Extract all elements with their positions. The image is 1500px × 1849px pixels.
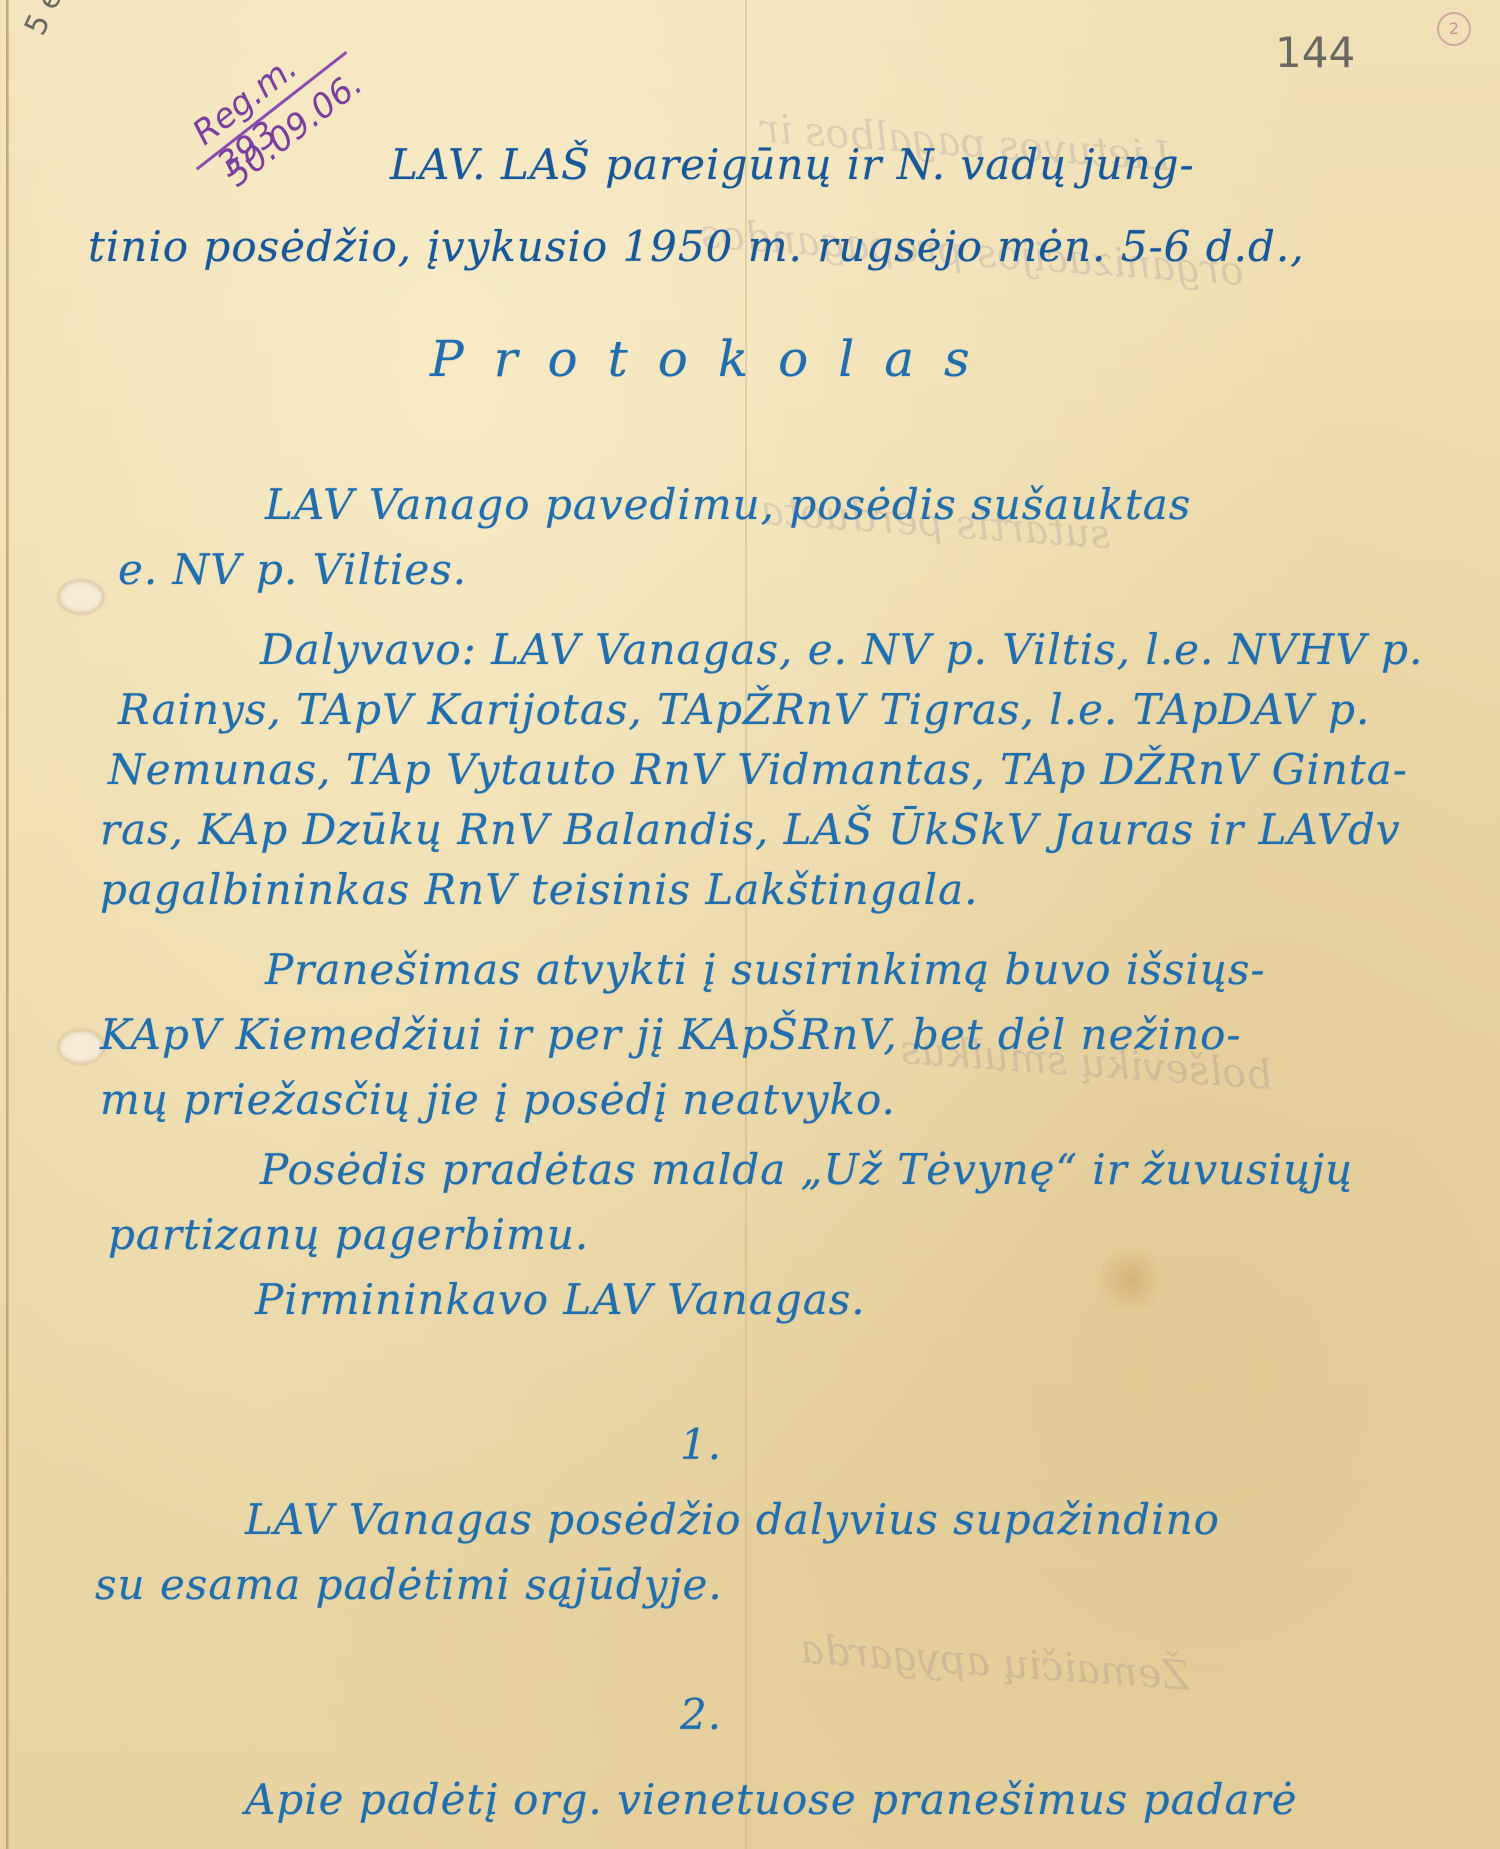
paragraph-3-line-1: Pranešimas atvykti į susirinkimą buvo iš… xyxy=(265,945,1266,994)
bleed-through: Žemaičių apygarda xyxy=(799,1626,1191,1699)
page-fold xyxy=(745,0,747,1849)
punch-hole-top xyxy=(58,580,104,614)
header-line-1: LAV. LAŠ pareigūnų ir N. vadų jung- xyxy=(390,140,1195,189)
section-1-number: 1. xyxy=(680,1420,722,1469)
section-2-number: 2. xyxy=(680,1690,722,1739)
paragraph-4-line-2: partizanų pagerbimu. xyxy=(108,1210,589,1259)
paragraph-2-line-1: Dalyvavo: LAV Vanagas, e. NV p. Viltis, … xyxy=(260,625,1423,674)
page-number: 144 xyxy=(1275,28,1355,77)
page-edge xyxy=(6,0,9,1849)
section-2-line-1: Apie padėtį org. vienetuose pranešimus p… xyxy=(245,1775,1298,1824)
paragraph-2-line-5: pagalbininkas RnV teisinis Lakštingala. xyxy=(100,865,978,914)
section-1-line-1: LAV Vanagas posėdžio dalyvius supažindin… xyxy=(245,1495,1220,1544)
paragraph-5-line-1: Pirmininkavo LAV Vanagas. xyxy=(255,1275,866,1324)
header-line-2: tinio posėdžio, įvykusio 1950 m. rugsėjo… xyxy=(88,222,1305,271)
paragraph-2-line-4: ras, KAp Dzūkų RnV Balandis, LAŠ ŪkSkV J… xyxy=(100,805,1401,854)
circled-mark: 2 xyxy=(1437,12,1471,46)
paragraph-2-line-2: Rainys, TApV Karijotas, TApŽRnV Tigras, … xyxy=(118,685,1370,734)
paragraph-1-line-2: e. NV p. Vilties. xyxy=(118,545,467,594)
paragraph-4-line-1: Posėdis pradėtas malda „Už Tėvynę“ ir žu… xyxy=(260,1145,1353,1194)
paragraph-2-line-3: Nemunas, TAp Vytauto RnV Vidmantas, TAp … xyxy=(108,745,1408,794)
copy-count-note: 5 egz. xyxy=(18,0,88,41)
paragraph-3-line-3: mų priežasčių jie į posėdį neatvyko. xyxy=(100,1075,896,1124)
paragraph-1-line-1: LAV Vanago pavedimu, posėdis sušauktas xyxy=(265,480,1191,529)
registration-stamp: Reg.m. 393 50.09.06. xyxy=(148,0,402,240)
punch-hole-bottom xyxy=(58,1030,104,1064)
document-page: Lietuvos pagalbos ir organizacijos propa… xyxy=(0,0,1500,1849)
section-1-line-2: su esama padėtimi sąjūdyje. xyxy=(95,1560,723,1609)
document-title: Protokolas xyxy=(430,330,1000,388)
paragraph-3-line-2: KApV Kiemedžiui ir per jį KApŠRnV, bet d… xyxy=(100,1010,1242,1059)
stain xyxy=(1100,1240,1160,1320)
